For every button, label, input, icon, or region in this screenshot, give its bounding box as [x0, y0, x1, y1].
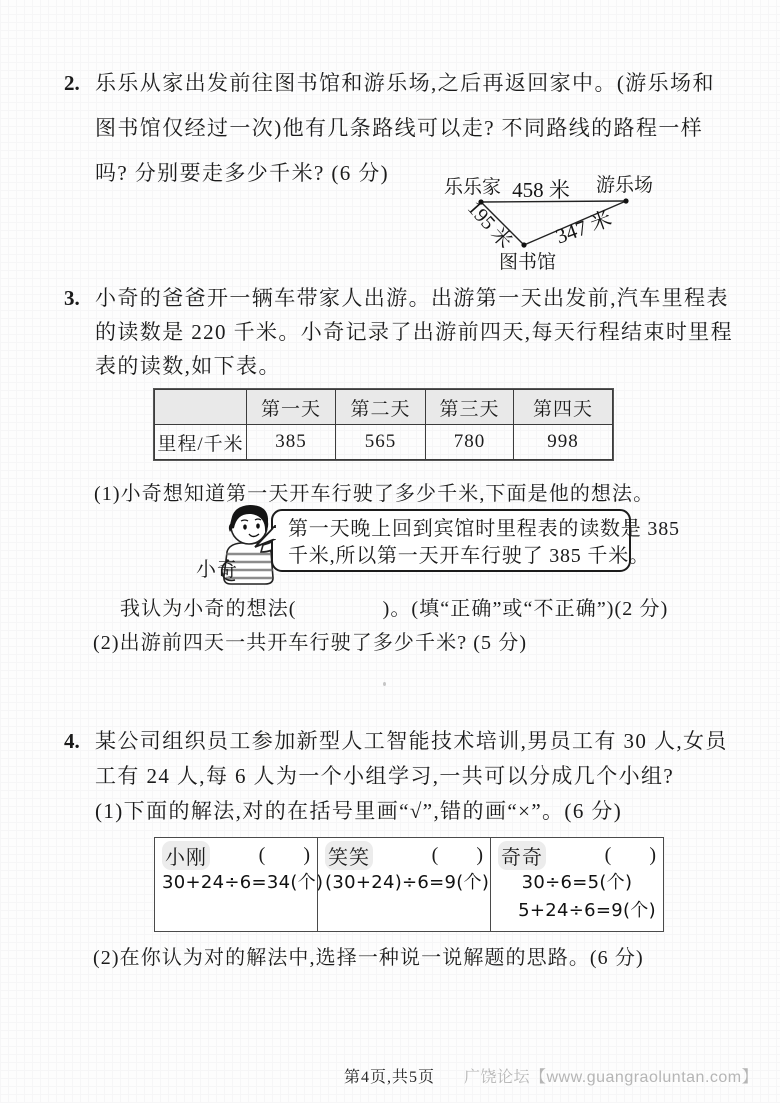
- scan-artifact: [383, 682, 386, 686]
- mileage-value-day1: 385: [247, 425, 336, 460]
- solution-xiaoxiao: 笑笑 () (30+24)÷6=9(个): [317, 838, 490, 931]
- question-3-line-1: 小奇的爸爸开一辆车带家人出游。出游第一天出发前,汽车里程表: [95, 281, 733, 315]
- speech-bubble-line-2: 千米,所以第一天开车行驶了 385 千米。: [288, 543, 629, 570]
- bracket-open: (: [432, 844, 439, 867]
- question-4-sub2: (2)在你认为对的解法中,选择一种说一说解题的思路。(6 分): [93, 941, 644, 970]
- speech-bubble: 第一天晚上回到宾馆时里程表的读数是 385 千米,所以第一天开车行驶了 385 …: [271, 509, 631, 572]
- solution-qiqi-name: 奇奇: [498, 841, 546, 870]
- route-diagram: 乐乐家 游乐场 458 米 195 米 347 米 图书馆: [438, 172, 738, 278]
- bracket-open: (: [605, 844, 612, 867]
- question-3-sub1: (1)小奇想知道第一天开车行驶了多少千米,下面是他的想法。: [94, 477, 654, 506]
- solution-qiqi-header: 奇奇 (): [498, 842, 656, 869]
- bracket-close: ): [303, 844, 310, 867]
- question-3-sub2: (2)出游前四天一共开车行驶了多少千米? (5 分): [93, 626, 527, 655]
- solution-xiaogang-header: 小刚 (): [162, 842, 310, 869]
- solution-qiqi-equation-1: 30÷6=5(个): [498, 869, 656, 897]
- mileage-header-day3: 第三天: [426, 390, 514, 425]
- mileage-value-day4: 998: [514, 425, 613, 460]
- left-eye: [243, 524, 247, 529]
- solution-xiaogang-bracket: (): [259, 844, 310, 867]
- mileage-value-day2: 565: [336, 425, 426, 460]
- character-name-label: 小奇: [196, 553, 238, 582]
- question-3-number: 3.: [64, 281, 95, 315]
- solution-xiaoxiao-header: 笑笑 (): [325, 842, 483, 869]
- bracket-open: (: [259, 844, 266, 867]
- question-3-line-3: 表的读数,如下表。: [95, 349, 733, 383]
- question-3-fill-line: 我认为小奇的想法()。(填“正确”或“不正确”)(2 分): [120, 592, 668, 621]
- solution-xiaoxiao-name: 笑笑: [325, 841, 373, 870]
- question-2-line-2: 图书馆仅经过一次)他有几条路线可以走? 不同路线的路程一样: [95, 106, 715, 151]
- mileage-header-day2: 第二天: [336, 390, 426, 425]
- solution-xiaoxiao-equation: (30+24)÷6=9(个): [325, 869, 483, 897]
- solution-qiqi-equation-2: 5+24÷6=9(个): [498, 897, 656, 925]
- solution-xiaogang-equation: 30+24÷6=34(个): [162, 869, 310, 897]
- question-4-line-3: (1)下面的解法,对的在括号里画“√”,错的画“×”。(6 分): [95, 794, 728, 829]
- mileage-header-day4: 第四天: [514, 390, 613, 425]
- speech-bubble-tail: [254, 525, 276, 555]
- mileage-table: 第一天 第二天 第三天 第四天 里程/千米 385 565 780 998: [154, 389, 613, 460]
- bottom-distance-label: 347 米: [552, 206, 614, 248]
- question-4-line-2: 工有 24 人,每 6 人为一个小组学习,一共可以分成几个小组?: [95, 759, 728, 794]
- question-4-line-1: 某公司组织员工参加新型人工智能技术培训,男员工有 30 人,女员: [95, 724, 728, 759]
- solution-xiaogang: 小刚 () 30+24÷6=34(个): [155, 838, 317, 931]
- mileage-header-empty: [155, 390, 247, 425]
- solution-qiqi-bracket: (): [605, 844, 656, 867]
- worksheet-page: 2. 乐乐从家出发前往图书馆和游乐场,之后再返回家中。(游乐场和 图书馆仅经过一…: [0, 0, 780, 1103]
- question-2-line-1: 乐乐从家出发前往图书馆和游乐场,之后再返回家中。(游乐场和: [95, 61, 715, 106]
- footer-source-link: 广饶论坛【www.guangraoluntan.com】: [464, 1064, 758, 1087]
- mileage-row-label: 里程/千米: [155, 425, 247, 460]
- route-diagram-svg: 乐乐家 游乐场 458 米 195 米 347 米 图书馆: [438, 172, 738, 278]
- park-label: 游乐场: [596, 174, 653, 196]
- speech-bubble-line-1: 第一天晚上回到宾馆时里程表的读数是 385: [288, 516, 629, 543]
- library-label: 图书馆: [499, 251, 556, 273]
- bracket-close: ): [476, 844, 483, 867]
- solution-qiqi: 奇奇 () 30÷6=5(个) 5+24÷6=9(个): [490, 838, 663, 931]
- question-2-number: 2.: [64, 61, 95, 106]
- mileage-table-data-row: 里程/千米 385 565 780 998: [155, 425, 613, 460]
- solutions-table: 小刚 () 30+24÷6=34(个) 笑笑 () (30+24)÷6=9(个)…: [154, 837, 664, 932]
- top-distance-label: 458 米: [512, 178, 570, 202]
- fill-line-prefix: 我认为小奇的想法(: [120, 598, 297, 620]
- footer-page-info: 第4页,共5页: [344, 1064, 435, 1087]
- question-3-line-2: 的读数是 220 千米。小奇记录了出游前四天,每天行程结束时里程: [95, 315, 733, 349]
- question-4: 4. 某公司组织员工参加新型人工智能技术培训,男员工有 30 人,女员 工有 2…: [64, 724, 728, 829]
- solution-xiaoxiao-bracket: (): [432, 844, 483, 867]
- question-4-text: 某公司组织员工参加新型人工智能技术培训,男员工有 30 人,女员 工有 24 人…: [95, 724, 728, 829]
- question-3-text: 小奇的爸爸开一辆车带家人出游。出游第一天出发前,汽车里程表 的读数是 220 千…: [95, 281, 733, 383]
- fill-line-suffix: )。(填“正确”或“不正确”)(2 分): [383, 598, 669, 620]
- home-label: 乐乐家: [444, 176, 501, 198]
- mileage-header-day1: 第一天: [247, 390, 336, 425]
- left-distance-label: 195 米: [463, 197, 517, 253]
- question-3: 3. 小奇的爸爸开一辆车带家人出游。出游第一天出发前,汽车里程表 的读数是 22…: [64, 281, 733, 383]
- mileage-value-day3: 780: [426, 425, 514, 460]
- mileage-table-header-row: 第一天 第二天 第三天 第四天: [155, 390, 613, 425]
- question-4-number: 4.: [64, 724, 95, 759]
- solution-xiaogang-name: 小刚: [162, 841, 210, 870]
- bracket-close: ): [649, 844, 656, 867]
